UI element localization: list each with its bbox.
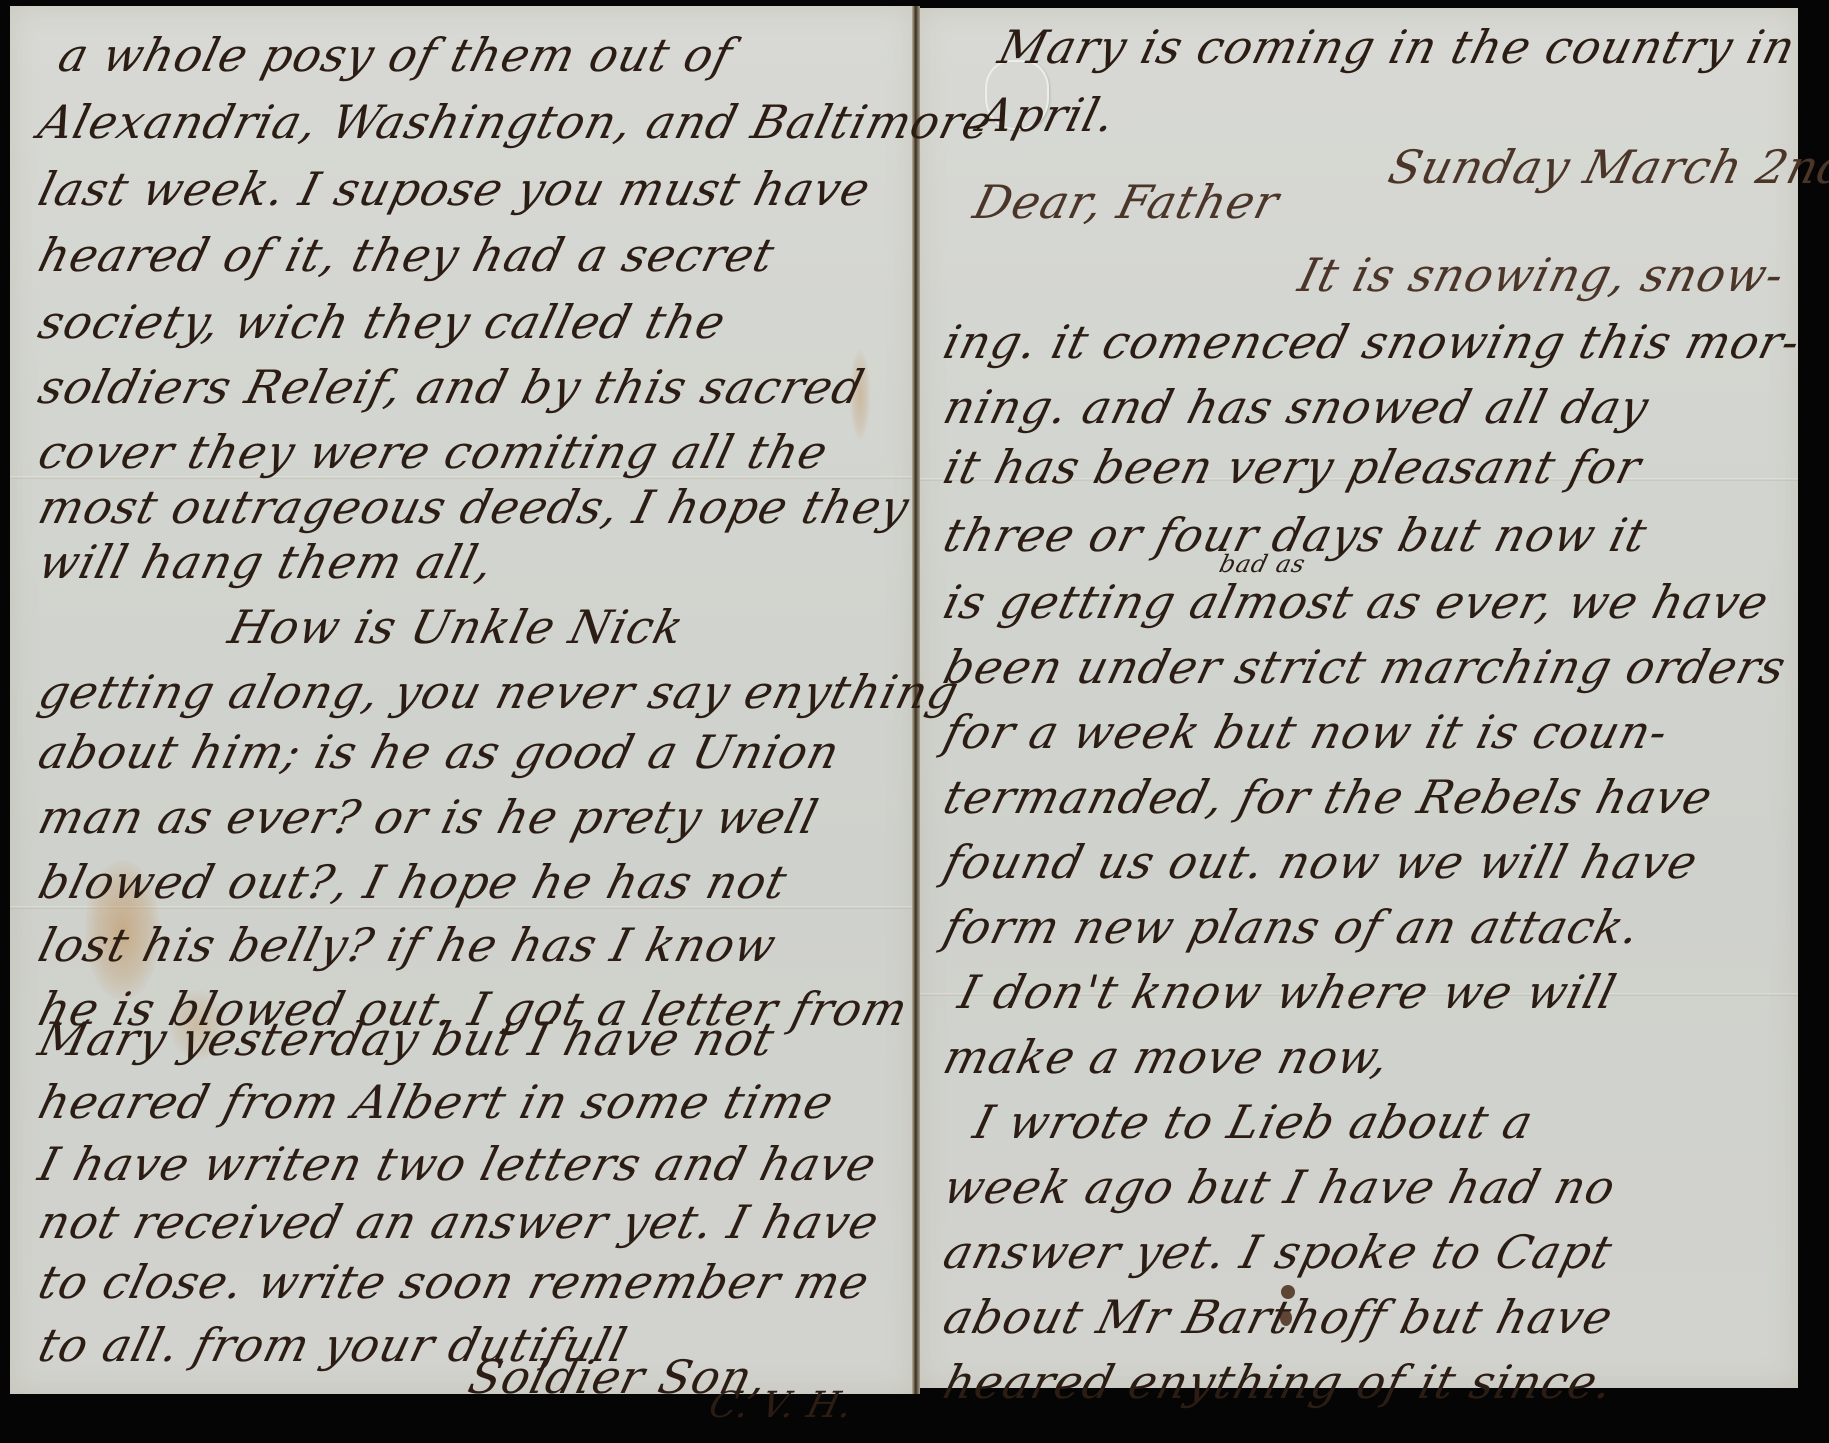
letter-line: heared enything of it since. <box>938 1355 1619 1409</box>
letter-line: I wrote to Lieb about a <box>968 1095 1539 1149</box>
letter-line: It is snowing, snow- <box>1293 248 1790 302</box>
letter-line: I don't know where we will <box>953 965 1622 1019</box>
letter-line: blowed out?, I hope he has not <box>33 855 793 909</box>
postscript-line: Mary is coming in the country in <box>993 20 1801 74</box>
letter-line: form new plans of an attack. <box>938 900 1646 954</box>
letter-line: termanded, for the Rebels have <box>938 770 1718 824</box>
letter-line: I have writen two letters and have <box>33 1137 882 1191</box>
letter-line: not received an answer yet. I have <box>33 1195 885 1249</box>
interlinear-insert: bad as <box>1217 550 1309 578</box>
letter-line: lost his belly? if he has I know <box>33 918 782 972</box>
letter-line: ning. and has snowed all day <box>938 380 1654 434</box>
letter-line: to close. write soon remember me <box>33 1255 875 1309</box>
postscript-line: April. <box>973 88 1121 142</box>
letter-line: soldiers Releif, and by this sacred <box>33 360 870 414</box>
letter-signature: C. V. H. <box>705 1385 858 1426</box>
letter-line: is getting almost as ever, we have <box>938 575 1774 629</box>
letter-line: found us out. now we will have <box>938 835 1703 889</box>
letter-line: about him; is he as good a Union <box>33 725 845 779</box>
salutation: Dear, Father <box>968 175 1285 229</box>
letter-line: society, wich they called the <box>33 295 731 349</box>
letter-line: make a move now, <box>938 1030 1395 1084</box>
letter-line: about Mr Barthoff but have <box>938 1290 1619 1344</box>
letter-line: How is Unkle Nick <box>223 600 690 654</box>
letter-line: Mary yesterday but I have not <box>33 1012 780 1066</box>
letter-line: it has been very pleasant for <box>938 440 1647 494</box>
letter-line: heared of it, they had a secret <box>33 228 780 282</box>
letter-line: getting along, you never say enything <box>33 665 965 719</box>
letter-line: for a week but now it is coun- <box>938 705 1674 759</box>
letter-line: Alexandria, Washington, and Baltimore <box>33 95 998 149</box>
letter-line: last week. I supose you must have <box>33 162 876 216</box>
letter-line: cover they were comiting all the <box>33 425 834 479</box>
letter-line: man as ever? or is he prety well <box>33 790 824 844</box>
letter-line: will hang them all, <box>33 535 499 589</box>
letter-line: week ago but I have had no <box>938 1160 1621 1214</box>
letter-line: heared from Albert in some time <box>33 1075 839 1129</box>
letter-line: answer yet. I spoke to Capt <box>938 1225 1618 1279</box>
letter-line: been under strict marching orders <box>938 640 1792 694</box>
dateline: Sunday March 2nd 62 <box>1383 140 1829 194</box>
letter-line: a whole posy of them out of <box>53 28 738 82</box>
letter-line: most outrageous deeds, I hope they <box>33 480 915 534</box>
letter-line: ing. it comenced snowing this mor- <box>938 315 1806 369</box>
